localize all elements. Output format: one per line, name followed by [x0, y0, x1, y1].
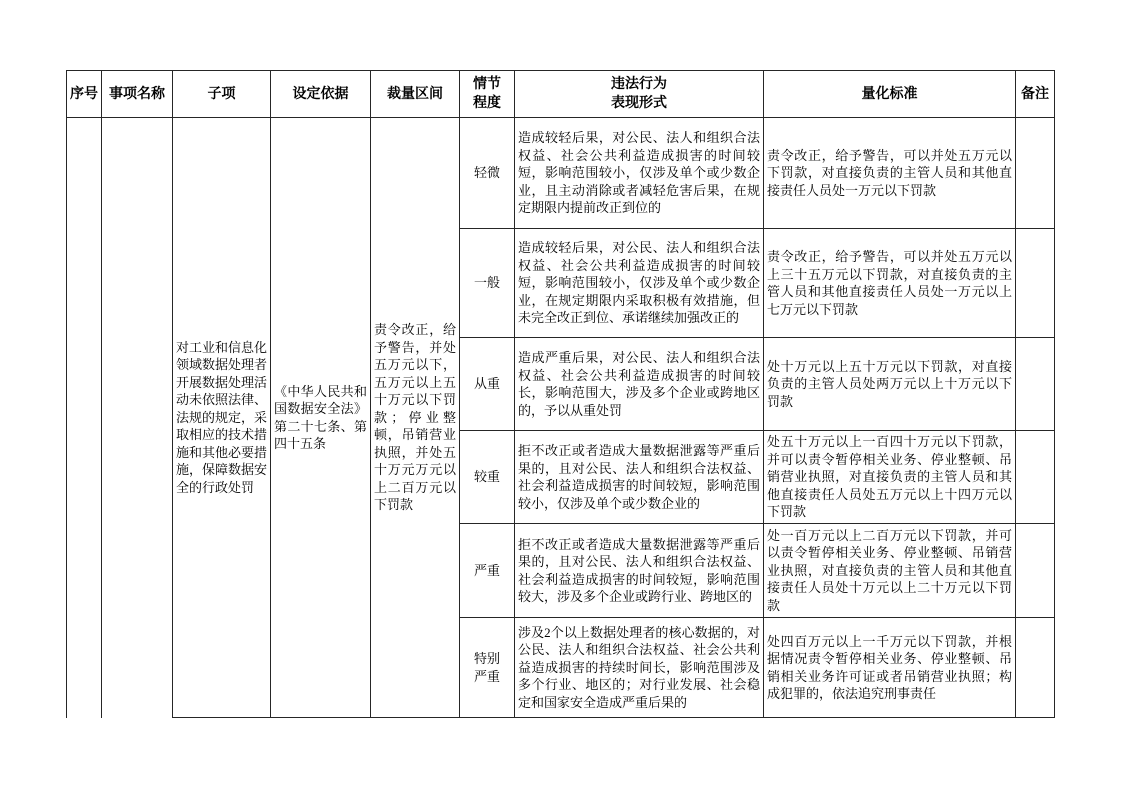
- severity-cell: 特别 严重: [460, 618, 515, 718]
- remark-cell: [1016, 338, 1055, 431]
- behavior-cell: 涉及2个以上数据处理者的核心数据的，对公民、法人和组织合法权益、社会公共利益造成…: [515, 618, 764, 718]
- item-name-cell: [102, 118, 173, 718]
- col-header-remark: 备注: [1016, 71, 1055, 118]
- col-header-behavior: 违法行为 表现形式: [515, 71, 764, 118]
- sub-item-cell: 对工业和信息化领域数据处理者开展数据处理活动未依照法律、法规的规定，采取相应的技…: [173, 118, 271, 718]
- behavior-cell: 造成较轻后果，对公民、法人和组织合法权益、社会公共利益造成损害的时间较短，影响范…: [515, 229, 764, 338]
- col-header-standard: 量化标准: [764, 71, 1016, 118]
- standard-cell: 处四百万元以上一千万元以下罚款，并根据情况责令暂停相关业务、停业整顿、吊销相关业…: [764, 618, 1016, 718]
- header-row: 序号 事项名称 子项 设定依据 裁量区间 情节 程度 违法行为 表现形式 量化标…: [67, 71, 1055, 118]
- remark-cell: [1016, 524, 1055, 618]
- behavior-cell: 拒不改正或者造成大量数据泄露等严重后果的，且对公民、法人和组织合法权益、社会利益…: [515, 431, 764, 524]
- col-header-discretion-range: 裁量区间: [371, 71, 460, 118]
- standard-cell: 处五十万元以上一百四十万元以下罚款，并可以责令暂停相关业务、停业整顿、吊销营业执…: [764, 431, 1016, 524]
- remark-cell: [1016, 431, 1055, 524]
- col-header-legal-basis: 设定依据: [271, 71, 371, 118]
- standard-cell: 处一百万元以上二百万元以下罚款，并可以责令暂停相关业务、停业整顿、吊销营业执照，…: [764, 524, 1016, 618]
- discretion-range-cell: 责令改正，给予警告，并处五万元以下，五万元以上五十万元以下罚款；停业整顿，吊销营…: [371, 118, 460, 718]
- severity-cell: 一般: [460, 229, 515, 338]
- penalty-discretion-table: 序号 事项名称 子项 设定依据 裁量区间 情节 程度 违法行为 表现形式 量化标…: [66, 70, 1055, 718]
- behavior-cell: 造成较轻后果，对公民、法人和组织合法权益、社会公共利益造成损害的时间较短，影响范…: [515, 118, 764, 229]
- document-page: 序号 事项名称 子项 设定依据 裁量区间 情节 程度 违法行为 表现形式 量化标…: [0, 0, 1122, 793]
- severity-cell: 严重: [460, 524, 515, 618]
- remark-cell: [1016, 229, 1055, 338]
- seq-cell: [67, 118, 102, 718]
- remark-cell: [1016, 118, 1055, 229]
- col-header-severity: 情节 程度: [460, 71, 515, 118]
- behavior-cell: 造成严重后果，对公民、法人和组织合法权益、社会公共利益造成损害的时间较长，影响范…: [515, 338, 764, 431]
- standard-cell: 责令改正，给予警告，可以并处五万元以上三十五万元以下罚款，对直接负责的主管人员和…: [764, 229, 1016, 338]
- standard-cell: 责令改正，给予警告，可以并处五万元以下罚款，对直接负责的主管人员和其他直接责任人…: [764, 118, 1016, 229]
- table-row: 对工业和信息化领域数据处理者开展数据处理活动未依照法律、法规的规定，采取相应的技…: [67, 118, 1055, 229]
- col-header-item-name: 事项名称: [102, 71, 173, 118]
- legal-basis-cell: 《中华人民共和国数据安全法》第二十七条、第四十五条: [271, 118, 371, 718]
- standard-cell: 处十万元以上五十万元以下罚款，对直接负责的主管人员处两万元以上十万元以下罚款: [764, 338, 1016, 431]
- severity-cell: 较重: [460, 431, 515, 524]
- behavior-cell: 拒不改正或者造成大量数据泄露等严重后果的，且对公民、法人和组织合法权益、社会利益…: [515, 524, 764, 618]
- col-header-sub-item: 子项: [173, 71, 271, 118]
- severity-cell: 轻微: [460, 118, 515, 229]
- severity-cell: 从重: [460, 338, 515, 431]
- col-header-seq: 序号: [67, 71, 102, 118]
- remark-cell: [1016, 618, 1055, 718]
